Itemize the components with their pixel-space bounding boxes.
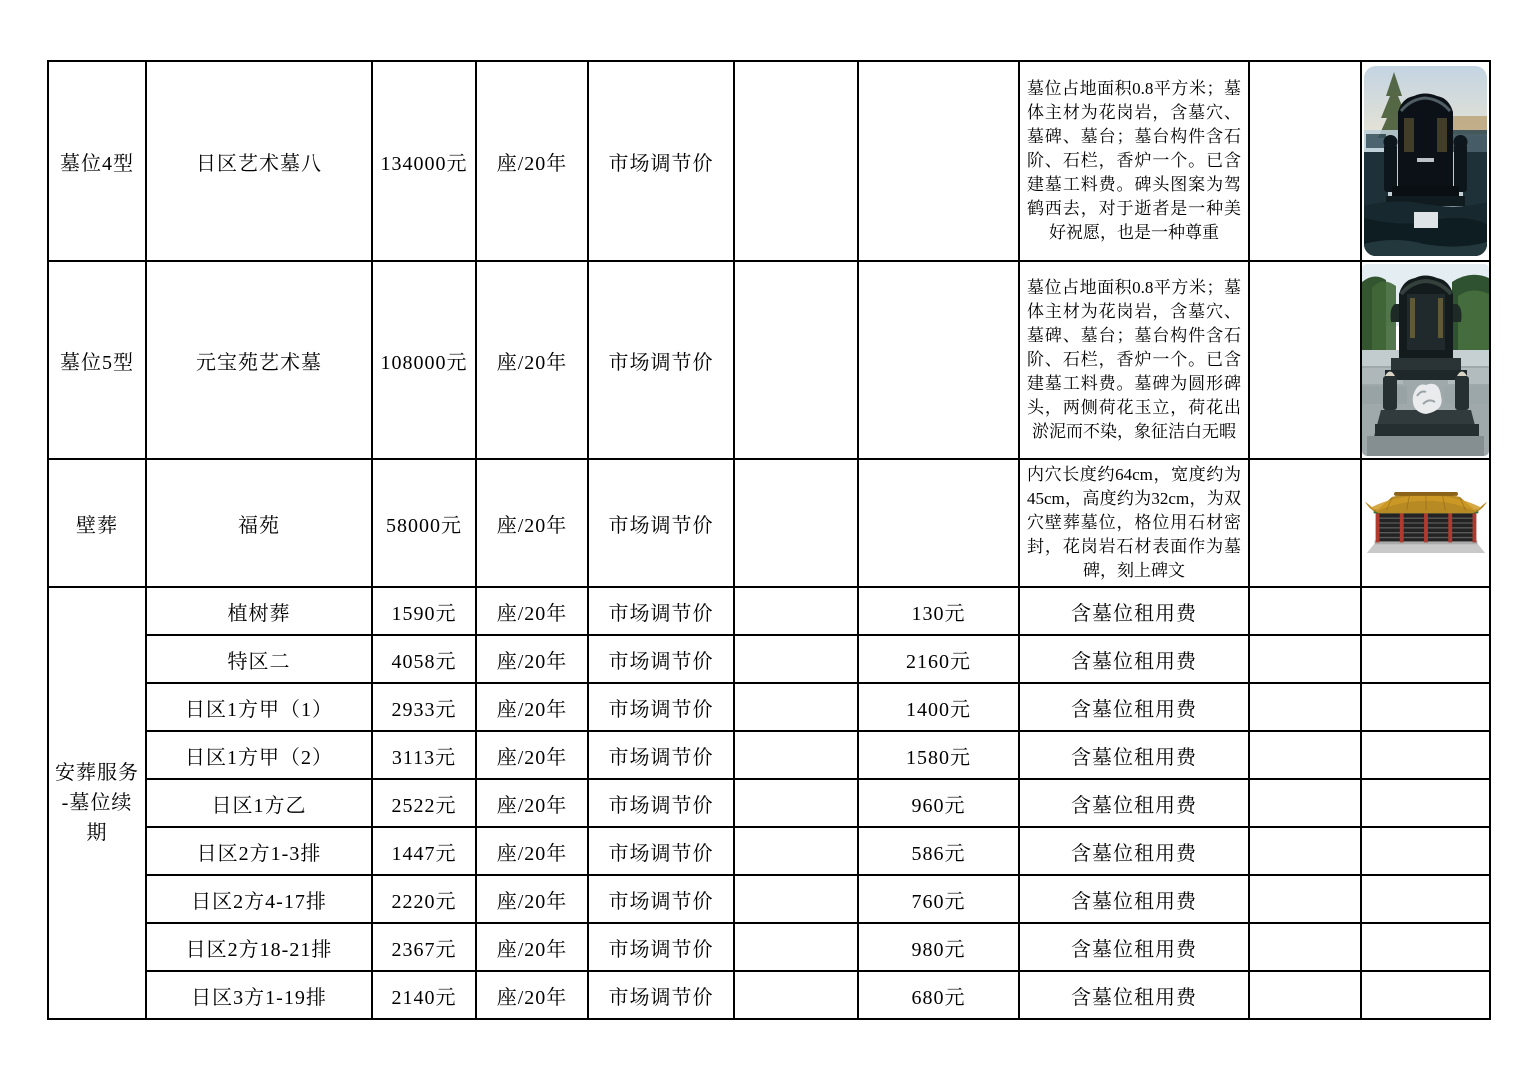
product-name-cell: 日区1方甲（2）	[146, 731, 372, 779]
empty-cell	[1361, 779, 1490, 827]
category-cell: 墓位4型	[48, 61, 146, 261]
category-cell: 壁葬	[48, 459, 146, 587]
price-cell: 2933元	[372, 683, 476, 731]
pricing-method-cell: 市场调节价	[588, 459, 734, 587]
product-name-cell: 日区艺术墓八	[146, 61, 372, 261]
pricing-method-cell: 市场调节价	[588, 261, 734, 459]
renewal-price-cell: 1400元	[858, 683, 1019, 731]
empty-cell	[1361, 731, 1490, 779]
table-row: 日区2方18-21排 2367元 座/20年 市场调节价 980元 含墓位租用费	[48, 923, 1490, 971]
product-name-cell: 日区2方4-17排	[146, 875, 372, 923]
product-name-cell: 元宝苑艺术墓	[146, 261, 372, 459]
table-row: 墓位5型 元宝苑艺术墓 108000元 座/20年 市场调节价 墓位占地面积0.…	[48, 261, 1490, 459]
pricing-method-cell: 市场调节价	[588, 731, 734, 779]
pricing-method-cell: 市场调节价	[588, 779, 734, 827]
empty-cell	[734, 875, 858, 923]
description-cell: 内穴长度约64cm，宽度约为45cm，高度约为32cm，为双穴壁葬墓位，格位用石…	[1019, 459, 1249, 587]
unit-cell: 座/20年	[476, 731, 588, 779]
empty-cell	[734, 923, 858, 971]
note-cell: 含墓位租用费	[1019, 779, 1249, 827]
image-cell	[1361, 459, 1490, 587]
renewal-price-cell: 1580元	[858, 731, 1019, 779]
note-cell: 含墓位租用费	[1019, 635, 1249, 683]
columbarium-wall-icon	[1363, 486, 1489, 560]
unit-cell: 座/20年	[476, 61, 588, 261]
unit-cell: 座/20年	[476, 779, 588, 827]
page: 墓位4型 日区艺术墓八 134000元 座/20年 市场调节价 墓位占地面积0.…	[0, 0, 1520, 1074]
price-cell: 1590元	[372, 587, 476, 635]
unit-cell: 座/20年	[476, 971, 588, 1019]
empty-cell	[1249, 731, 1361, 779]
empty-cell	[1249, 923, 1361, 971]
empty-cell	[1361, 875, 1490, 923]
tombstone-garden-photo	[1362, 264, 1489, 456]
product-name-cell: 日区3方1-19排	[146, 971, 372, 1019]
empty-cell	[1361, 971, 1490, 1019]
note-cell: 含墓位租用费	[1019, 827, 1249, 875]
table-row: 壁葬 福苑 58000元 座/20年 市场调节价 内穴长度约64cm，宽度约为4…	[48, 459, 1490, 587]
pricing-method-cell: 市场调节价	[588, 827, 734, 875]
price-cell: 2367元	[372, 923, 476, 971]
pricing-method-cell: 市场调节价	[588, 635, 734, 683]
empty-cell	[1361, 923, 1490, 971]
image-cell	[1361, 61, 1490, 261]
product-name-cell: 日区1方乙	[146, 779, 372, 827]
price-cell: 2522元	[372, 779, 476, 827]
empty-cell	[734, 61, 858, 261]
empty-cell	[1249, 587, 1361, 635]
table-row: 特区二 4058元 座/20年 市场调节价 2160元 含墓位租用费	[48, 635, 1490, 683]
empty-cell	[734, 635, 858, 683]
category-cell: 安葬服务-墓位续期	[48, 587, 146, 1019]
table-row: 日区1方乙 2522元 座/20年 市场调节价 960元 含墓位租用费	[48, 779, 1490, 827]
price-cell: 2220元	[372, 875, 476, 923]
table-row: 日区1方甲（2） 3113元 座/20年 市场调节价 1580元 含墓位租用费	[48, 731, 1490, 779]
empty-cell	[1249, 683, 1361, 731]
renewal-price-cell: 130元	[858, 587, 1019, 635]
product-name-cell: 植树葬	[146, 587, 372, 635]
unit-cell: 座/20年	[476, 587, 588, 635]
empty-cell	[1249, 61, 1361, 261]
empty-cell	[734, 587, 858, 635]
pricing-method-cell: 市场调节价	[588, 971, 734, 1019]
price-cell: 2140元	[372, 971, 476, 1019]
cemetery-price-table: 墓位4型 日区艺术墓八 134000元 座/20年 市场调节价 墓位占地面积0.…	[47, 60, 1491, 1020]
empty-cell	[734, 779, 858, 827]
unit-cell: 座/20年	[476, 683, 588, 731]
empty-cell	[734, 261, 858, 459]
description-cell: 墓位占地面积0.8平方米；墓体主材为花岗岩，含墓穴、墓碑、墓台；墓台构件含石阶、…	[1019, 61, 1249, 261]
renewal-price-cell: 760元	[858, 875, 1019, 923]
product-name-cell: 日区2方18-21排	[146, 923, 372, 971]
image-cell	[1361, 261, 1490, 459]
price-cell: 108000元	[372, 261, 476, 459]
empty-cell	[734, 731, 858, 779]
table-row: 日区2方4-17排 2220元 座/20年 市场调节价 760元 含墓位租用费	[48, 875, 1490, 923]
price-cell: 134000元	[372, 61, 476, 261]
empty-cell	[1249, 261, 1361, 459]
empty-cell	[734, 827, 858, 875]
empty-cell	[1249, 459, 1361, 587]
description-cell: 墓位占地面积0.8平方米；墓体主材为花岗岩，含墓穴、墓碑、墓台；墓台构件含石阶、…	[1019, 261, 1249, 459]
renewal-price-cell: 680元	[858, 971, 1019, 1019]
unit-cell: 座/20年	[476, 923, 588, 971]
price-cell: 4058元	[372, 635, 476, 683]
unit-cell: 座/20年	[476, 827, 588, 875]
renewal-price-cell: 586元	[858, 827, 1019, 875]
tombstone-winter-photo	[1364, 66, 1487, 256]
empty-cell	[1249, 875, 1361, 923]
table-row: 日区2方1-3排 1447元 座/20年 市场调节价 586元 含墓位租用费	[48, 827, 1490, 875]
pricing-method-cell: 市场调节价	[588, 587, 734, 635]
renewal-price-cell	[858, 61, 1019, 261]
empty-cell	[1361, 827, 1490, 875]
price-cell: 1447元	[372, 827, 476, 875]
product-name-cell: 日区1方甲（1）	[146, 683, 372, 731]
empty-cell	[1249, 827, 1361, 875]
empty-cell	[1361, 635, 1490, 683]
note-cell: 含墓位租用费	[1019, 587, 1249, 635]
table-row: 日区3方1-19排 2140元 座/20年 市场调节价 680元 含墓位租用费	[48, 971, 1490, 1019]
unit-cell: 座/20年	[476, 261, 588, 459]
product-name-cell: 日区2方1-3排	[146, 827, 372, 875]
table-row: 日区1方甲（1） 2933元 座/20年 市场调节价 1400元 含墓位租用费	[48, 683, 1490, 731]
price-cell: 58000元	[372, 459, 476, 587]
price-cell: 3113元	[372, 731, 476, 779]
renewal-price-cell	[858, 459, 1019, 587]
product-name-cell: 特区二	[146, 635, 372, 683]
unit-cell: 座/20年	[476, 875, 588, 923]
renewal-price-cell: 960元	[858, 779, 1019, 827]
empty-cell	[734, 971, 858, 1019]
pricing-method-cell: 市场调节价	[588, 61, 734, 261]
empty-cell	[734, 459, 858, 587]
note-cell: 含墓位租用费	[1019, 971, 1249, 1019]
note-cell: 含墓位租用费	[1019, 923, 1249, 971]
renewal-price-cell: 2160元	[858, 635, 1019, 683]
category-cell: 墓位5型	[48, 261, 146, 459]
table-row: 安葬服务-墓位续期 植树葬 1590元 座/20年 市场调节价 130元 含墓位…	[48, 587, 1490, 635]
empty-cell	[734, 683, 858, 731]
renewal-price-cell: 980元	[858, 923, 1019, 971]
unit-cell: 座/20年	[476, 459, 588, 587]
unit-cell: 座/20年	[476, 635, 588, 683]
pricing-method-cell: 市场调节价	[588, 923, 734, 971]
note-cell: 含墓位租用费	[1019, 683, 1249, 731]
note-cell: 含墓位租用费	[1019, 731, 1249, 779]
renewal-price-cell	[858, 261, 1019, 459]
empty-cell	[1361, 587, 1490, 635]
empty-cell	[1249, 779, 1361, 827]
pricing-method-cell: 市场调节价	[588, 683, 734, 731]
table-row: 墓位4型 日区艺术墓八 134000元 座/20年 市场调节价 墓位占地面积0.…	[48, 61, 1490, 261]
empty-cell	[1249, 635, 1361, 683]
note-cell: 含墓位租用费	[1019, 875, 1249, 923]
empty-cell	[1361, 683, 1490, 731]
product-name-cell: 福苑	[146, 459, 372, 587]
pricing-method-cell: 市场调节价	[588, 875, 734, 923]
empty-cell	[1249, 971, 1361, 1019]
